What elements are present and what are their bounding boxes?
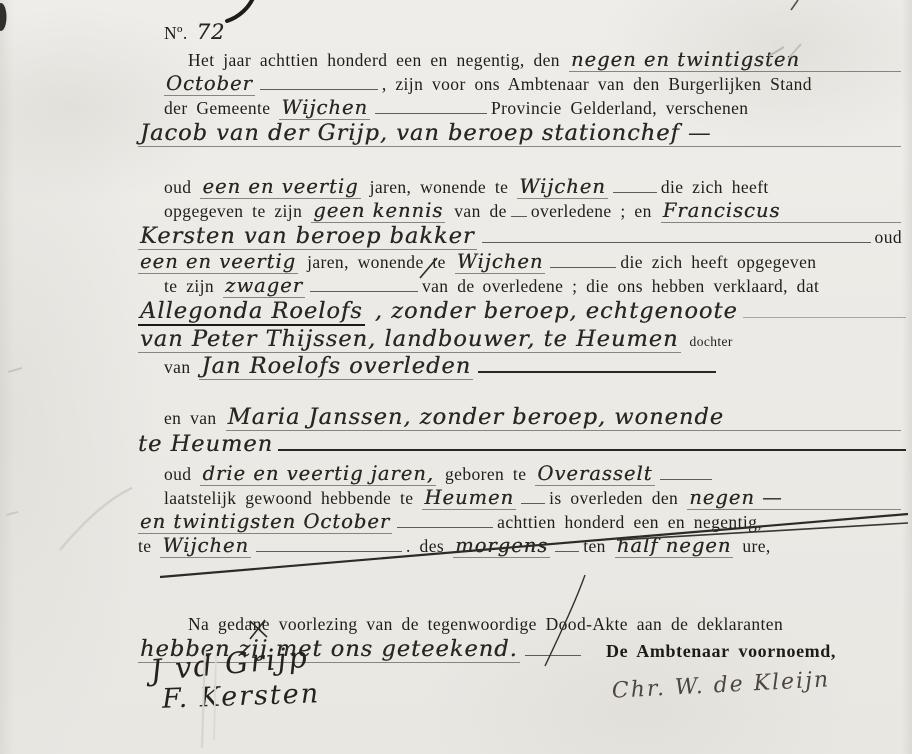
blank-rule	[256, 538, 402, 552]
handwritten-entry: van Peter Thijssen, landbouwer, te Heume…	[138, 326, 681, 353]
document-line: vanJan Roelofs overleden	[164, 353, 906, 380]
blank-rule	[397, 514, 493, 528]
handwritten-entry: October	[164, 72, 255, 96]
handwritten-entry: Franciscus	[661, 199, 901, 223]
document-line: der GemeenteWijchenProvincie Gelderland,…	[164, 96, 906, 120]
document-line: Het jaar achttien honderd een en negenti…	[188, 48, 906, 72]
document-line: een en veertigjaren, wonende teWijchendi…	[138, 250, 906, 274]
printed-text: is overleden den	[549, 488, 678, 509]
blank-rule	[478, 358, 716, 373]
printed-text: die zich heeft opgegeven	[620, 252, 816, 273]
handwritten-entry: zwager	[223, 274, 305, 298]
printed-text: van de	[422, 276, 475, 297]
printed-text: Het jaar achttien honderd een en negenti…	[188, 50, 560, 71]
handwritten-entry: negen en twintigsten	[569, 48, 901, 72]
printed-text: . des	[406, 536, 444, 557]
declarant-signatures: J vd Grijp F. Kersten	[150, 646, 320, 712]
handwritten-entry: half negen	[615, 534, 734, 558]
handwritten-entry: negen —	[687, 486, 901, 510]
blank-rule	[550, 254, 616, 268]
blank-rule	[511, 203, 527, 217]
printed-text: en van	[164, 408, 217, 429]
handwritten-entry: Wijchen	[160, 534, 251, 558]
printed-text: overledene ; en	[531, 201, 652, 222]
document-line: Jacob van der Grijp, van beroep stationc…	[138, 120, 906, 147]
printed-text: te	[138, 536, 151, 557]
printed-text: oud	[164, 464, 191, 485]
blank-rule	[278, 436, 906, 451]
printed-text: laatstelijk gewoond hebbende te	[164, 488, 413, 509]
printed-text: ure,	[742, 536, 770, 557]
document-line: oudeen en veertigjaren, wonende teWijche…	[164, 175, 906, 199]
printed-text: jaren, wonende te	[307, 252, 446, 273]
closing-block: De Ambtenaar voornoemd, Chr. W. de Kleij…	[566, 641, 876, 698]
document-line: Nº.72	[164, 20, 906, 44]
printed-text: achttien honderd een en negentig,	[497, 512, 762, 533]
printed-text: der Gemeente	[164, 98, 270, 119]
document-line: laatstelijk gewoond hebbende teHeumenis …	[164, 486, 906, 510]
document-line: te zijnzwagervan deoverledene ; die ons …	[164, 274, 906, 298]
handwritten-entry: Kersten van beroep bakker	[138, 223, 477, 250]
handwritten-entry: Heumen	[422, 486, 516, 510]
blank-rule	[660, 466, 712, 480]
blank-rule	[555, 538, 579, 552]
document-line: Kersten van beroep bakkeroud	[138, 223, 906, 250]
document-line: van Peter Thijssen, landbouwer, te Heume…	[138, 326, 906, 353]
handwritten-entry: Wijchen	[455, 250, 546, 274]
handwritten-entry: Wijchen	[517, 175, 608, 199]
printed-text: oud	[875, 227, 902, 248]
printed-text: geboren te	[445, 464, 526, 485]
handwritten-entry: te Heumen	[138, 431, 273, 457]
blank-rule	[375, 100, 487, 114]
printed-text: overledene ; die ons hebben verklaard, d…	[483, 276, 820, 297]
handwritten-entry: drie en veertig jaren,	[200, 462, 436, 486]
printed-text: te zijn	[164, 276, 214, 297]
handwritten-entry: een en veertig	[138, 250, 298, 274]
death-certificate-scan: Nº.72Het jaar achttien honderd een en ne…	[0, 0, 912, 754]
printed-text: , zijn voor ons Ambtenaar van den Burger…	[382, 74, 812, 95]
document-line: en vanMaria Janssen, zonder beroep, wone…	[164, 404, 906, 431]
handwritten-entry: Allegonda Roelofs	[138, 298, 365, 326]
printed-text: Nº.	[164, 23, 188, 44]
blank-rule	[260, 76, 378, 90]
printed-text: ten	[583, 536, 606, 557]
printed-text: jaren, wonende te	[370, 177, 509, 198]
document-line: teWijchen. desmorgenstenhalf negenure,	[138, 534, 906, 558]
printed-text: Provincie Gelderland, verschenen	[491, 98, 748, 119]
handwritten-entry: 72	[197, 20, 226, 44]
document-line: opgegeven te zijngeen kennisvan deoverle…	[164, 199, 906, 223]
handwritten-entry: Wijchen	[279, 96, 370, 120]
handwritten-entry: en twintigsten October	[138, 510, 392, 534]
document-line: en twintigsten Octoberachttien honderd e…	[138, 510, 906, 534]
blank-rule	[743, 304, 906, 318]
printed-text: opgegeven te zijn	[164, 201, 302, 222]
handwritten-entry: Jacob van der Grijp, van beroep stationc…	[138, 120, 901, 147]
handwritten-entry: Maria Janssen, zonder beroep, wonende	[226, 404, 901, 431]
printed-text: Na gedane voorlezing van de tegenwoordig…	[188, 614, 783, 635]
blank-rule	[482, 229, 871, 243]
signature-declarant-2: F. Kersten	[162, 678, 321, 714]
printed-text: van de	[454, 201, 507, 222]
handwritten-entry: morgens	[453, 534, 550, 558]
document-line: October, zijn voor ons Ambtenaar van den…	[164, 72, 906, 96]
document-line: ouddrie en veertig jaren,geboren teOvera…	[164, 462, 906, 486]
blank-rule	[613, 179, 657, 193]
blank-rule	[521, 490, 545, 504]
blank-rule	[310, 278, 418, 292]
printed-text: die zich heeft	[661, 177, 769, 198]
printed-text: oud	[164, 177, 191, 198]
printed-text: van	[164, 357, 190, 378]
handwritten-entry: , zonder beroep, echtgenoote	[375, 298, 738, 324]
handwritten-entry: Jan Roelofs overleden	[199, 353, 473, 380]
handwritten-entry: Overasselt	[535, 462, 654, 486]
printed-text: dochter	[690, 334, 733, 350]
handwritten-entry: een en veertig	[200, 175, 360, 199]
handwritten-entry: geen kennis	[311, 199, 445, 223]
document-line: Allegonda Roelofs, zonder beroep, echtge…	[138, 298, 906, 326]
document-line: te Heumen	[138, 431, 906, 457]
document-line: Na gedane voorlezing van de tegenwoordig…	[188, 614, 906, 636]
official-title-label: De Ambtenaar voornoemd,	[566, 641, 876, 662]
